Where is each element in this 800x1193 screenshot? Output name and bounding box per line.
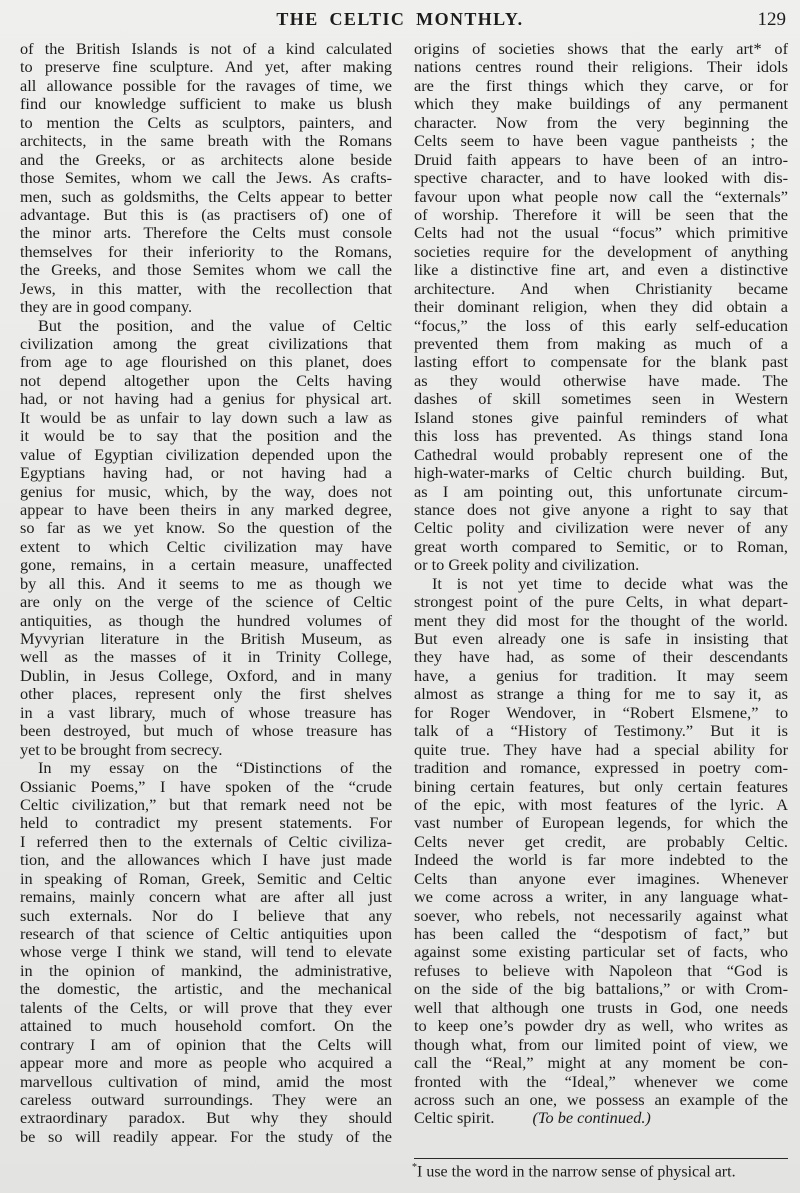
text-line: Ossianic Poems,” I have spoken of the “c… [20,778,392,796]
text-line: as I am pointing out, this unfortunate c… [414,483,788,501]
text-line: value of Egyptian civilization depended … [20,446,392,464]
paragraph-start-line: In my essay on the “Distinctions of the [20,759,392,777]
text-line: strongest point of the pure Celts, in wh… [414,593,788,611]
text-line: this loss has prevented. As things stand… [414,427,788,445]
text-line: they are in good company. [20,298,392,316]
text-line: architecture. And when Christianity beca… [414,280,788,298]
text-line: careless outward surroundings. They were… [20,1091,392,1109]
text-line: which they make buildings of any permane… [414,95,788,113]
text-line: of the epic, with most features of the l… [414,796,788,814]
text-line: it would be to say that the position and… [20,427,392,445]
paragraph-start-line: It is not yet time to decide what was th… [414,575,788,593]
text-line: dashes of skill sometimes seen in Wester… [414,390,788,408]
right-column: origins of societies shows that the earl… [414,40,788,1128]
text-line: to preserve fine sculpture. And yet, aft… [20,58,392,76]
text-line: in the opinion of mankind, the administr… [20,962,392,980]
text-line: so far as we yet know. So the question o… [20,519,392,537]
text-line: they have had, as some of their descenda… [414,648,788,666]
text-line: societies require for the development of… [414,243,788,261]
text-line: Dublin, in Jesus College, Oxford, and in… [20,667,392,685]
text-line: in a vast library, much of whose treasur… [20,704,392,722]
text-line: all allowance possible for the ravages o… [20,77,392,95]
text-line: “focus,” the loss of this early self-edu… [414,317,788,335]
text-line: lasting effort to compensate for the bla… [414,353,788,371]
text-line: the domestic, the artistic, and the mech… [20,980,392,998]
text-line: talk of a “History of Testimony.” But it… [414,722,788,740]
text-line: Druid faith appears to have been of an i… [414,151,788,169]
text-line: their dominant religion, when they did o… [414,298,788,316]
text-line: have, a genius for tradition. It may see… [414,667,788,685]
text-line: well that although one trusts in God, on… [414,999,788,1017]
text-line: not depend altogether upon the Celts hav… [20,372,392,390]
text-line: though what, from our limited point of v… [414,1036,788,1054]
text-line: Celts seem to have been vague pantheists… [414,132,788,150]
text-line: for Roger Wendover, in “Robert Elsmene,”… [414,704,788,722]
text-line: such externals. Nor do I believe that an… [20,907,392,925]
text-line: Jews, in this matter, with the recollect… [20,280,392,298]
text-line: call the “Real,” might at any moment be … [414,1054,788,1072]
text-line: be so will readily appear. For the study… [20,1128,392,1146]
text-line: to mention the Celts as sculptors, paint… [20,114,392,132]
text-line: are only on the verge of the science of … [20,593,392,611]
text-line: Cathedral would probably represent one o… [414,446,788,464]
text-line: like a distinctive fine art, and even a … [414,261,788,279]
left-column: of the British Islands is not of a kind … [20,40,392,1146]
text-line: has been called the “despotism of fact,”… [414,925,788,943]
text-line: against some existing particular set of … [414,943,788,961]
text-line: had, or not having had a genius for phys… [20,390,392,408]
publication-title: THE CELTIC MONTHLY. [0,9,800,30]
text-line: we come across a writer, in any language… [414,888,788,906]
text-line: character. Now from the very beginning t… [414,114,788,132]
text-line: on the side of the big battalions,” or w… [414,980,788,998]
text-line: by all this. And it seems to me as thoug… [20,575,392,593]
text-line: nations centres round their religions. T… [414,58,788,76]
text-line: Celts than anyone ever imagines. Wheneve… [414,870,788,888]
page-number: 129 [758,9,787,31]
text-line: men, such as goldsmiths, the Celts appea… [20,188,392,206]
text-line: But even already one is safe in insistin… [414,630,788,648]
text-line: bining certain features, but only certai… [414,778,788,796]
text-line: Celts never get credit, are probably Cel… [414,833,788,851]
text-line: genius for music, which, by the way, doe… [20,483,392,501]
text-line: find our knowledge sufficient to make us… [20,95,392,113]
text-line: It would be as unfair to lay down such a… [20,409,392,427]
text-line: Indeed the world is far more indebted to… [414,851,788,869]
text-line: to keep one’s powder dry as well, who wr… [414,1017,788,1035]
text-line: antiquities, as though the hundred volum… [20,612,392,630]
text-line: themselves for their inferiority to the … [20,243,392,261]
text-line: the minor arts. Therefore the Celts must… [20,224,392,242]
text-line: architects, in the same breath with the … [20,132,392,150]
running-header: THE CELTIC MONTHLY. 129 [0,9,800,31]
text-line: remains, mainly concern what are after a… [20,888,392,906]
text-line: attained to much household comfort. On t… [20,1017,392,1035]
text-line: those Semites, whom we call the Jews. As… [20,169,392,187]
text-line: yet to be brought from secrecy. [20,741,392,759]
text-line: talents of the Celts, or will prove that… [20,999,392,1017]
text-line: other places, represent only the first s… [20,685,392,703]
text-line: held to contradict my present statements… [20,814,392,832]
text-line: Celts had not the usual “focus” which pr… [414,224,788,242]
text-line: Egyptians having had, or not having had … [20,464,392,482]
text-line: quite true. They have had a special abil… [414,741,788,759]
closing-text: Celtic spirit. [414,1108,495,1127]
text-line: well as the masses of it in Trinity Coll… [20,648,392,666]
text-line: tion, and the allowances which I have ju… [20,851,392,869]
text-line: the Greeks, and those Semites whom we ca… [20,261,392,279]
text-line: refuses to believe with Napoleon that “G… [414,962,788,980]
magazine-page: THE CELTIC MONTHLY. 129 of the British I… [0,0,800,1193]
text-line: spective character, and to have looked w… [414,169,788,187]
text-line: of the British Islands is not of a kind … [20,40,392,58]
footnote-divider [414,1158,788,1159]
text-line: ment they did most for the thought of th… [414,612,788,630]
text-line: or to Greek polity and civilization. [414,556,788,574]
text-line: research of that science of Celtic antiq… [20,925,392,943]
text-line: extent to which Celtic civilization may … [20,538,392,556]
text-line: vast number of European legends, for whi… [414,814,788,832]
text-line: and the Greeks, or as architects alone b… [20,151,392,169]
text-line: high-water-marks of Celtic church buildi… [414,464,788,482]
text-line: extraordinary paradox. But why they shou… [20,1109,392,1127]
text-line: gone, remains, in a certain measure, una… [20,556,392,574]
to-be-continued-note: (To be continued.) [533,1108,651,1127]
text-line: civilization among the great civilizatio… [20,335,392,353]
footnote: *I use the word in the narrow sense of p… [412,1162,790,1181]
text-line: tradition and romance, expressed in poet… [414,759,788,777]
text-line: appear more and more as people who acqui… [20,1054,392,1072]
text-line: contrary I am of opinion that the Celts … [20,1036,392,1054]
text-line: stance does not give anyone a right to s… [414,501,788,519]
text-line: as they would otherwise have made. The [414,372,788,390]
text-line: Celtic civilization,” but that remark ne… [20,796,392,814]
text-line: in speaking of Roman, Greek, Semitic and… [20,870,392,888]
text-line: Myvyrian literature in the British Museu… [20,630,392,648]
text-line: almost as strange a thing for me to say … [414,685,788,703]
text-line: great worth compared to Semitic, or to R… [414,538,788,556]
text-line: from age to age flourished on this plane… [20,353,392,371]
text-line: are the first things which they carve, o… [414,77,788,95]
text-line: Celtic polity and civilization were neve… [414,519,788,537]
text-line: whose verge I think we stand, will tend … [20,943,392,961]
closing-line: Celtic spirit.(To be continued.) [414,1109,788,1127]
paragraph-start-line: But the position, and the value of Celti… [20,317,392,335]
text-line: prevented them from making as much of a [414,335,788,353]
text-line: favour upon what people now call the “ex… [414,188,788,206]
text-line: fronted with the “Ideal,” whenever we co… [414,1073,788,1091]
text-line: Island stones give painful reminders of … [414,409,788,427]
text-line: marvellous cultivation of mind, amid the… [20,1073,392,1091]
text-line: across such an one, we possess an exampl… [414,1091,788,1109]
text-line: appear to have been theirs in any marked… [20,501,392,519]
text-line: I referred then to the externals of Celt… [20,833,392,851]
footnote-text: I use the word in the narrow sense of ph… [417,1163,736,1180]
text-line: origins of societies shows that the earl… [414,40,788,58]
text-line: soever, who rebels, not necessarily agai… [414,907,788,925]
text-line: of worship. Therefore it will be seen th… [414,206,788,224]
text-line: been destroyed, but much of whose treasu… [20,722,392,740]
text-line: advantage. But this is (as practisers of… [20,206,392,224]
